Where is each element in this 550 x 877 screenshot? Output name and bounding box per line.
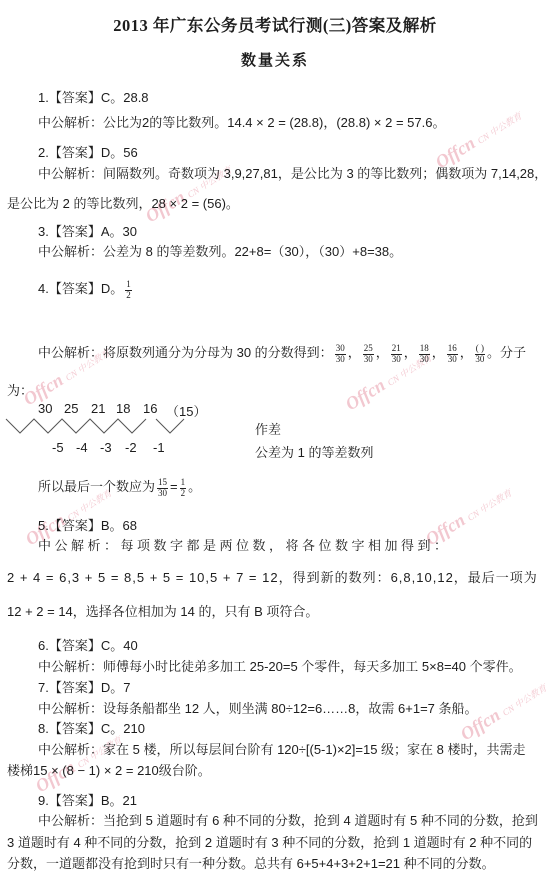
q5-analysis-line3: 12 + 2 = 14，选择各位相加为 14 的，只有 B 项符合。 — [7, 603, 318, 620]
q4-analysis-intro: 中公解析：将原数列通分为分母为 30 的分数得到： — [38, 345, 333, 360]
q2-analysis-line1: 中公解析：间隔数列。奇数项为 3,9,27,81，是公比为 3 的等比数列；偶数… — [38, 165, 547, 182]
q5-analysis-line2: 2 + 4 = 6,3 + 5 = 8,5 + 5 = 10,5 + 7 = 1… — [7, 569, 538, 586]
q4-analysis-suffix: 。分子 — [487, 345, 526, 360]
diagram-label-zuocha: 作差 — [255, 419, 281, 438]
q2-answer-line: 2.【答案】D。56 — [38, 144, 138, 161]
q3-analysis-line: 中公解析：公差为 8 的等差数列。22+8=（30），（30）+8=38。 — [38, 243, 402, 260]
q7-analysis-line: 中公解析：设每条船都坐 12 人，则坐满 80÷12=6……8，故需 6+1=7… — [38, 700, 478, 717]
equals-sign: = — [170, 479, 178, 494]
difference-value: -3 — [100, 440, 112, 455]
q4-fraction-3: 2130 — [391, 344, 402, 365]
q9-analysis-line2: 3 道题时有 4 种不同的分数，抢到 2 道题时有 3 种不同的分数，抢到 1 … — [7, 834, 532, 851]
fraction-separator: ， — [432, 345, 445, 360]
sequence-value: 30 — [38, 401, 52, 416]
q4-fraction-4: 1830 — [419, 344, 430, 365]
fraction-separator: ， — [404, 345, 417, 360]
zigzag-difference-lines — [4, 417, 199, 437]
q4-fraction-6: ( )30 — [475, 344, 485, 365]
difference-value: -4 — [76, 440, 88, 455]
q4-analysis-line: 中公解析：将原数列通分为分母为 30 的分数得到：3030，2530，2130，… — [38, 344, 526, 365]
q3-answer-line: 3.【答案】A。30 — [38, 223, 137, 240]
q4-answer-prefix: 4.【答案】D。 — [38, 281, 123, 296]
q1-answer-line: 1.【答案】C。28.8 — [38, 89, 149, 106]
difference-value: -5 — [52, 440, 64, 455]
sequence-value: 21 — [91, 401, 105, 416]
q4-conclusion-line: 所以最后一个数应为1530=12。 — [38, 478, 201, 499]
q4-fraction-5: 1630 — [447, 344, 458, 365]
q4-fraction-1: 3030 — [335, 344, 346, 365]
q6-answer-line: 6.【答案】C。40 — [38, 637, 138, 654]
difference-value: -1 — [153, 440, 165, 455]
fraction-separator: ， — [460, 345, 473, 360]
q4-analysis-cont: 为： — [7, 382, 33, 399]
q4-conclusion-fraction-2: 12 — [180, 478, 187, 499]
fraction-separator: ， — [376, 345, 389, 360]
q9-analysis-line3: 分数，一道题都没有抢到时只有一种分数。总共有 6+5+4+3+2+1=21 种不… — [7, 855, 495, 872]
q1-analysis-line: 中公解析：公比为2的等比数列。14.4 × 2 = (28.8)，(28.8) … — [38, 114, 445, 131]
q4-conclusion-fraction-1: 1530 — [157, 478, 168, 499]
q6-analysis-line: 中公解析：师傅每小时比徒弟多加工 25-20=5 个零件，每天多加工 5×8=4… — [38, 658, 522, 675]
sequence-value: 16 — [143, 401, 157, 416]
document-page: Offcn CN 中公教育 Offcn CN 中公教育 Offcn CN 中公教… — [0, 0, 550, 877]
sequence-value: 25 — [64, 401, 78, 416]
q8-analysis-line2: 楼梯15 × (8 − 1) × 2 = 210级台阶。 — [7, 762, 211, 779]
difference-value: -2 — [125, 440, 137, 455]
section-title: 数量关系 — [0, 53, 550, 70]
q4-conclusion-prefix: 所以最后一个数应为 — [38, 479, 155, 494]
fraction-separator: ， — [348, 345, 361, 360]
page-title: 2013 年广东公务员考试行测(三)答案及解析 — [0, 17, 550, 34]
q8-answer-line: 8.【答案】C。210 — [38, 720, 145, 737]
q8-analysis-line1: 中公解析：家在 5 楼，所以每层间台阶有 120÷[(5-1)×2]=15 级；… — [38, 741, 526, 758]
q2-analysis-line2: 是公比为 2 的等比数列，28 × 2 = (56)。 — [7, 195, 239, 212]
q4-conclusion-suffix: 。 — [188, 479, 201, 494]
diagram-label-gongcha: 公差为 1 的等差数列 — [255, 442, 373, 461]
q4-fraction-2: 2530 — [363, 344, 374, 365]
q4-answer-line: 4.【答案】D。12 — [38, 280, 134, 301]
sequence-value: 18 — [116, 401, 130, 416]
q7-answer-line: 7.【答案】D。7 — [38, 679, 130, 696]
offcn-watermark: Offcn CN 中公教育 — [432, 104, 525, 173]
q4-answer-fraction: 12 — [125, 280, 132, 301]
q9-analysis-line1: 中公解析：当抢到 5 道题时有 6 种不同的分数，抢到 4 道题时有 5 种不同… — [38, 812, 538, 829]
q9-answer-line: 9.【答案】B。21 — [38, 792, 137, 809]
q5-answer-line: 5.【答案】B。68 — [38, 517, 137, 534]
q5-analysis-line1: 中公解析：每项数字都是两位数，将各位数字相加得到： — [38, 537, 451, 554]
